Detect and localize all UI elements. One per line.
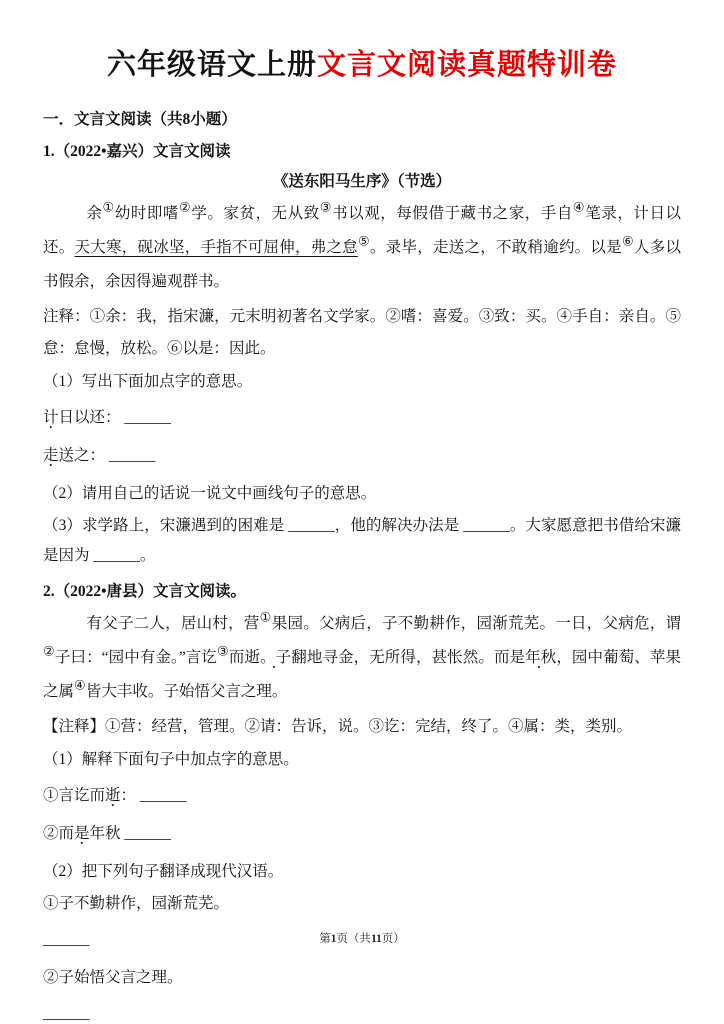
page-title-red: 文言文阅读真题特训卷 <box>317 49 617 81</box>
page-title: 六年级语文上册文言文阅读真题特训卷 <box>43 42 681 83</box>
page-footer: 第1页（共11页） <box>0 930 724 946</box>
q1-3-prompt: （3）求学路上，宋濂遇到的困难是 ______，他的解决办法是 ______。大… <box>43 511 681 571</box>
passage-1-title: 《送东阳马生序》（节选） <box>43 171 681 193</box>
q2-2-prompt: （2）把下列句子翻译成现代汉语。 <box>43 857 681 887</box>
worksheet-page: 六年级语文上册文言文阅读真题特训卷 一．文言文阅读（共8小题） 1.（2022•… <box>0 0 724 1024</box>
passage-1-notes: 注释：①余：我，指宋濂，元末明初著名文学家。②嗜：喜爱。③致：买。④手自：亲自。… <box>43 301 681 365</box>
q1-2-prompt: （2）请用自己的话说一说文中画线句子的意思。 <box>43 479 681 509</box>
q1-1-word-1: 计日以还： ______ <box>43 403 681 433</box>
q1-1-prompt: （1）写出下面加点字的意思。 <box>43 367 681 397</box>
q2-2-sentence-2: ②子始悟父言之理。 <box>43 963 681 993</box>
q2-1-sub-1: ①言讫而逝： ______ <box>43 781 681 811</box>
page-title-black: 六年级语文上册 <box>107 49 317 81</box>
q2-1-sub-2: ②而是年秋 ______ <box>43 819 681 849</box>
q2-1-prompt: （1）解释下面句子中加点字的意思。 <box>43 745 681 775</box>
passage-2-notes: 【注释】①营：经营，管理。②请：告诉，说。③讫：完结，终了。④属：类，类别。 <box>43 711 681 743</box>
q2-2-sentence-1: ①子不勤耕作，园渐荒芜。 <box>43 889 681 919</box>
passage-2-text: 有父子二人，居山村，营①果园。父病后，子不勤耕作，园渐荒芜。一日，父病危，谓②子… <box>43 607 681 709</box>
q2-2-answer-line-2: ______ <box>43 999 681 1024</box>
passage-1-text: 余①幼时即嗜②学。家贫，无从致③书以观，每假借于藏书之家，手自④笔录，计日以还。… <box>43 197 681 299</box>
question-1-heading: 1.（2022•嘉兴）文言文阅读 <box>43 141 681 163</box>
section-heading: 一．文言文阅读（共8小题） <box>43 109 681 131</box>
question-2-heading: 2.（2022•唐县）文言文阅读。 <box>43 581 681 603</box>
q1-1-word-2: 走送之： ______ <box>43 441 681 471</box>
